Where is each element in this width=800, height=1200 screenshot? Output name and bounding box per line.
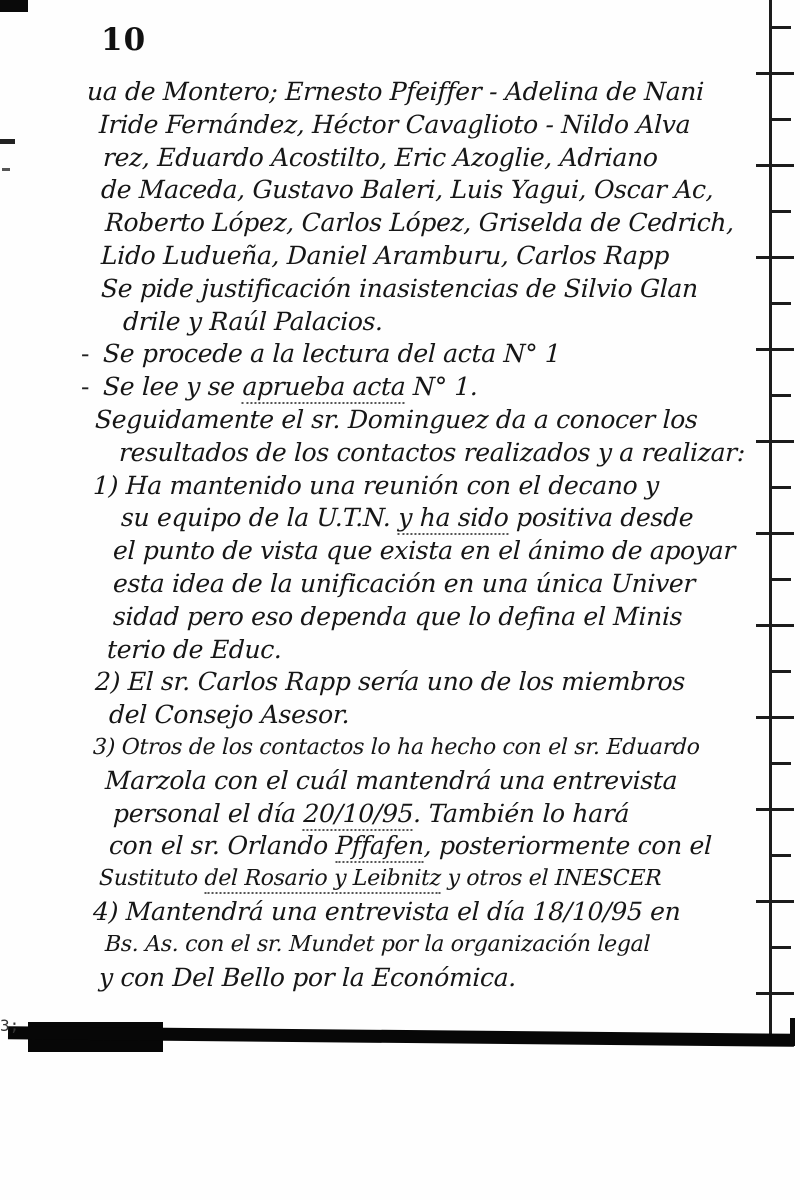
handwriting-line: terio de Educ. xyxy=(106,634,775,667)
handwriting-segment: y ha sido xyxy=(398,503,509,535)
handwriting-line: su equipo de la U.T.N. y ha sido positiv… xyxy=(120,502,775,535)
handwriting-line: con el sr. Orlando Pffafen, posteriormen… xyxy=(108,830,775,863)
handwriting-line: Roberto López, Carlos López, Griselda de… xyxy=(104,207,775,240)
handwriting-line: 2) El sr. Carlos Rapp sería uno de los m… xyxy=(94,666,775,699)
handwriting-segment: Sustituto xyxy=(99,866,205,891)
handwriting-segment: ua de Montero; Ernesto Pfeiffer - Adelin… xyxy=(87,77,705,106)
scan-edge-ruler-line xyxy=(769,0,772,1044)
handwriting-segment: con el sr. Orlando xyxy=(109,831,337,860)
ruler-tick xyxy=(756,808,794,811)
ruler-tick xyxy=(769,762,791,765)
ruler-tick xyxy=(769,486,791,489)
handwriting-segment: y con Del Bello por la Económica. xyxy=(99,963,517,992)
ruler-tick xyxy=(769,26,791,29)
scan-margin-dash-artifact xyxy=(2,168,10,171)
handwriting-line: y con Del Bello por la Económica. xyxy=(98,962,775,995)
scan-bottom-speck: 3; xyxy=(0,1016,34,1042)
handwriting-line: esta idea de la unificación en una única… xyxy=(112,568,775,601)
ruler-tick xyxy=(769,118,791,121)
ruler-tick xyxy=(756,716,794,719)
ruler-tick xyxy=(756,992,794,995)
handwriting-segment: Roberto López, Carlos López, Griselda de… xyxy=(105,208,735,237)
handwriting-line: personal el día 20/10/95. También lo har… xyxy=(112,798,775,831)
handwriting-segment: Lido Ludueña, Daniel Aramburu, Carlos Ra… xyxy=(101,241,670,270)
handwriting-line: Se pide justificación inasistencias de S… xyxy=(100,273,775,306)
handwriting-segment: 1) Ha mantenido una reunión con el decan… xyxy=(93,471,660,500)
ruler-tick xyxy=(769,670,791,673)
handwriting-line: 3) Otros de los contactos lo ha hecho co… xyxy=(92,732,775,765)
handwriting-segment: terio de Educ. xyxy=(107,635,283,664)
ruler-tick xyxy=(756,900,794,903)
handwriting-segment: Se lee y se xyxy=(103,372,243,401)
handwriting-line: Bs. As. con el sr. Mundet por la organiz… xyxy=(104,929,775,962)
handwriting-segment: N° 1. xyxy=(405,372,478,401)
handwriting-segment: su equipo de la U.T.N. xyxy=(121,503,399,532)
handwriting-line: drile y Raúl Palacios. xyxy=(122,306,775,339)
ruler-tick xyxy=(756,256,794,259)
handwriting-line: rez, Eduardo Acostilto, Eric Azoglie, Ad… xyxy=(102,142,775,175)
handwriting-segment: resultados de los contactos realizados y… xyxy=(119,438,746,467)
ruler-tick xyxy=(769,210,791,213)
handwriting-segment: 4) Mantendrá una entrevista el día 18/10… xyxy=(93,897,681,926)
handwriting-segment: Iride Fernández, Héctor Cavaglioto - Nil… xyxy=(99,110,691,139)
ruler-tick xyxy=(769,578,791,581)
handwriting-segment: Se pide justificación inasistencias de S… xyxy=(101,274,699,303)
handwriting-line: 4) Mantendrá una entrevista el día 18/10… xyxy=(92,896,775,929)
ruler-tick xyxy=(769,302,791,305)
ruler-tick xyxy=(756,72,794,75)
ruler-tick xyxy=(769,854,791,857)
handwriting-segment: del Rosario y Leibnitz xyxy=(204,866,441,894)
handwriting-segment: Pffafen xyxy=(335,831,424,863)
handwriting-segment: esta idea de la unificación en una única… xyxy=(113,569,696,598)
margin-dash: - xyxy=(80,371,89,404)
ruler-tick xyxy=(756,624,794,627)
ruler-tick xyxy=(756,532,794,535)
handwriting-line: de Maceda, Gustavo Baleri, Luis Yagui, O… xyxy=(100,174,775,207)
handwriting-line: Lido Ludueña, Daniel Aramburu, Carlos Ra… xyxy=(100,240,775,273)
handwriting-segment: Se procede a la lectura del acta N° 1 xyxy=(103,339,562,368)
handwriting-segment: . También lo hará xyxy=(413,799,630,828)
handwriting-segment: Seguidamente el sr. Dominguez da a conoc… xyxy=(95,405,699,434)
handwriting-line: Iride Fernández, Héctor Cavaglioto - Nil… xyxy=(98,109,775,142)
handwriting-segment: 2) El sr. Carlos Rapp sería uno de los m… xyxy=(95,667,686,696)
ruler-tick xyxy=(769,946,791,949)
handwriting-line: resultados de los contactos realizados y… xyxy=(118,437,775,470)
handwriting-segment: positiva desde xyxy=(508,503,694,532)
handwriting-line: Seguidamente el sr. Dominguez da a conoc… xyxy=(94,404,775,437)
ruler-tick xyxy=(756,440,794,443)
handwriting-line: -Se procede a la lectura del acta N° 1 xyxy=(102,338,775,371)
page-number: 10 xyxy=(101,22,146,58)
handwriting-segment: y otros el INESCER xyxy=(440,866,661,891)
handwriting-segment: , posteriormente con el xyxy=(423,831,712,860)
handwriting-segment: rez, Eduardo Acostilto, Eric Azoglie, Ad… xyxy=(103,143,659,172)
handwriting-segment: 3) Otros de los contactos lo ha hecho co… xyxy=(93,735,701,760)
scan-bottom-edge-endcap xyxy=(790,1018,795,1046)
scanned-document-page: 10 ua de Montero; Ernesto Pfeiffer - Ade… xyxy=(0,0,800,1200)
handwriting-segment: personal el día xyxy=(113,799,304,828)
handwriting-segment: de Maceda, Gustavo Baleri, Luis Yagui, O… xyxy=(101,175,714,204)
handwriting-text: ua de Montero; Ernesto Pfeiffer - Adelin… xyxy=(85,76,775,994)
handwriting-segment: Bs. As. con el sr. Mundet por la organiz… xyxy=(105,932,651,957)
handwriting-line: -Se lee y se aprueba acta N° 1. xyxy=(102,371,775,404)
handwriting-segment: el punto de vista que exista en el ánimo… xyxy=(113,536,736,565)
handwriting-line: del Consejo Asesor. xyxy=(108,699,775,732)
ruler-tick xyxy=(756,164,794,167)
handwriting-line: 1) Ha mantenido una reunión con el decan… xyxy=(92,470,775,503)
ruler-tick xyxy=(769,394,791,397)
handwriting-line: sidad pero eso dependa que lo defina el … xyxy=(112,601,775,634)
handwriting-line: ua de Montero; Ernesto Pfeiffer - Adelin… xyxy=(86,76,775,109)
handwriting-line: Sustituto del Rosario y Leibnitz y otros… xyxy=(98,863,775,896)
scan-margin-dash-artifact xyxy=(0,139,15,144)
handwriting-line: el punto de vista que exista en el ánimo… xyxy=(112,535,775,568)
handwriting-segment: del Consejo Asesor. xyxy=(109,700,350,729)
margin-dash: - xyxy=(80,338,89,371)
ruler-tick xyxy=(756,348,794,351)
handwriting-segment: drile y Raúl Palacios. xyxy=(123,307,384,336)
handwriting-segment: aprueba acta xyxy=(242,372,406,404)
handwriting-segment: Marzola con el cuál mantendrá una entrev… xyxy=(105,766,678,795)
handwriting-line: Marzola con el cuál mantendrá una entrev… xyxy=(104,765,775,798)
handwriting-segment: 20/10/95 xyxy=(303,799,414,831)
scan-corner-artifact xyxy=(0,0,28,12)
handwriting-segment: sidad pero eso dependa que lo defina el … xyxy=(113,602,683,631)
